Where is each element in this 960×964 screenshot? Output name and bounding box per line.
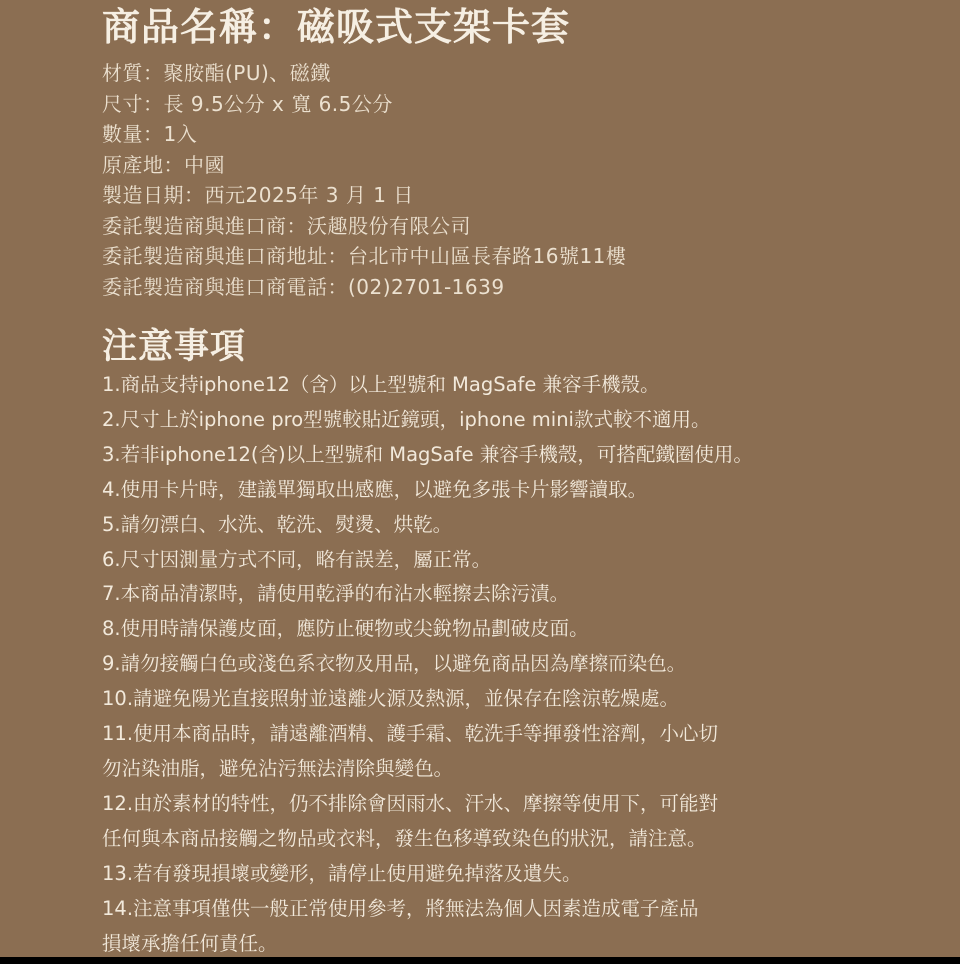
spec-dimensions: 尺寸：長 9.5公分 x 寬 6.5公分 xyxy=(102,89,626,120)
note-item: 13.若有發現損壞或變形，請停止使用避免掉落及遺失。 xyxy=(102,857,852,892)
note-item: 3.若非iphone12(含)以上型號和 MagSafe 兼容手機殼，可搭配鐵圈… xyxy=(102,438,852,473)
note-text: 12.由於素材的特性，仍不排除會因雨水、汗水、摩擦等使用下，可能對 xyxy=(102,792,718,815)
note-text: 11.使用本商品時，請遠離酒精、護手霜、乾洗手等揮發性溶劑，小心切 xyxy=(102,722,718,745)
spec-origin: 原產地：中國 xyxy=(102,150,626,181)
note-text: 5.請勿漂白、水洗、乾洗、熨燙、烘乾。 xyxy=(102,513,452,536)
note-item: 11.使用本商品時，請遠離酒精、護手霜、乾洗手等揮發性溶劑，小心切 勿沾染油脂，… xyxy=(102,717,852,787)
note-text: 3.若非iphone12(含)以上型號和 MagSafe 兼容手機殼，可搭配鐵圈… xyxy=(102,443,753,466)
spec-manufacture-date: 製造日期：西元2025年 3 月 1 日 xyxy=(102,180,626,211)
note-text-continuation: 任何與本商品接觸之物品或衣料，發生色移導致染色的狀況，請注意。 xyxy=(102,822,852,857)
note-text: 10.請避免陽光直接照射並遠離火源及熱源，並保存在陰涼乾燥處。 xyxy=(102,687,679,710)
note-item: 1.商品支持iphone12（含）以上型號和 MagSafe 兼容手機殼。 xyxy=(102,368,852,403)
note-item: 14.注意事項僅供一般正常使用參考，將無法為個人因素造成電子產品 損壞承擔任何責… xyxy=(102,892,852,962)
product-info-card: 商品名稱：磁吸式支架卡套 材質：聚胺酯(PU)、磁鐵 尺寸：長 9.5公分 x … xyxy=(0,0,960,957)
spec-quantity: 數量：1入 xyxy=(102,119,626,150)
note-text: 9.請勿接觸白色或淺色系衣物及用品，以避免商品因為摩擦而染色。 xyxy=(102,652,686,675)
note-item: 5.請勿漂白、水洗、乾洗、熨燙、烘乾。 xyxy=(102,508,852,543)
note-text: 2.尺寸上於iphone pro型號較貼近鏡頭，iphone mini款式較不適… xyxy=(102,408,710,431)
note-item: 6.尺寸因測量方式不同，略有誤差，屬正常。 xyxy=(102,543,852,578)
note-text-continuation: 勿沾染油脂，避免沾污無法清除與變色。 xyxy=(102,752,852,787)
note-text: 4.使用卡片時，建議單獨取出感應，以避免多張卡片影響讀取。 xyxy=(102,478,647,501)
note-text: 13.若有發現損壞或變形，請停止使用避免掉落及遺失。 xyxy=(102,862,582,885)
spec-material: 材質：聚胺酯(PU)、磁鐵 xyxy=(102,58,626,89)
product-spec-list: 材質：聚胺酯(PU)、磁鐵 尺寸：長 9.5公分 x 寬 6.5公分 數量：1入… xyxy=(102,58,626,302)
note-text: 6.尺寸因測量方式不同，略有誤差，屬正常。 xyxy=(102,548,491,571)
spec-importer-phone: 委託製造商與進口商電話：(02)2701-1639 xyxy=(102,272,626,303)
note-text: 14.注意事項僅供一般正常使用參考，將無法為個人因素造成電子產品 xyxy=(102,897,699,920)
note-text: 8.使用時請保護皮面，應防止硬物或尖銳物品劃破皮面。 xyxy=(102,617,589,640)
notes-list: 1.商品支持iphone12（含）以上型號和 MagSafe 兼容手機殼。 2.… xyxy=(102,368,852,961)
notes-heading: 注意事項 xyxy=(102,324,246,370)
note-text: 1.商品支持iphone12（含）以上型號和 MagSafe 兼容手機殼。 xyxy=(102,373,660,396)
note-item: 10.請避免陽光直接照射並遠離火源及熱源，並保存在陰涼乾燥處。 xyxy=(102,682,852,717)
note-item: 12.由於素材的特性，仍不排除會因雨水、汗水、摩擦等使用下，可能對 任何與本商品… xyxy=(102,787,852,857)
note-item: 8.使用時請保護皮面，應防止硬物或尖銳物品劃破皮面。 xyxy=(102,612,852,647)
note-item: 9.請勿接觸白色或淺色系衣物及用品，以避免商品因為摩擦而染色。 xyxy=(102,647,852,682)
product-name-heading: 商品名稱：磁吸式支架卡套 xyxy=(102,4,570,50)
bottom-black-bar xyxy=(0,957,960,964)
note-item: 2.尺寸上於iphone pro型號較貼近鏡頭，iphone mini款式較不適… xyxy=(102,403,852,438)
note-text: 7.本商品清潔時，請使用乾淨的布沾水輕擦去除污漬。 xyxy=(102,582,569,605)
note-item: 4.使用卡片時，建議單獨取出感應，以避免多張卡片影響讀取。 xyxy=(102,473,852,508)
spec-importer: 委託製造商與進口商：沃趣股份有限公司 xyxy=(102,211,626,242)
note-item: 7.本商品清潔時，請使用乾淨的布沾水輕擦去除污漬。 xyxy=(102,577,852,612)
spec-importer-address: 委託製造商與進口商地址：台北市中山區長春路16號11樓 xyxy=(102,241,626,272)
